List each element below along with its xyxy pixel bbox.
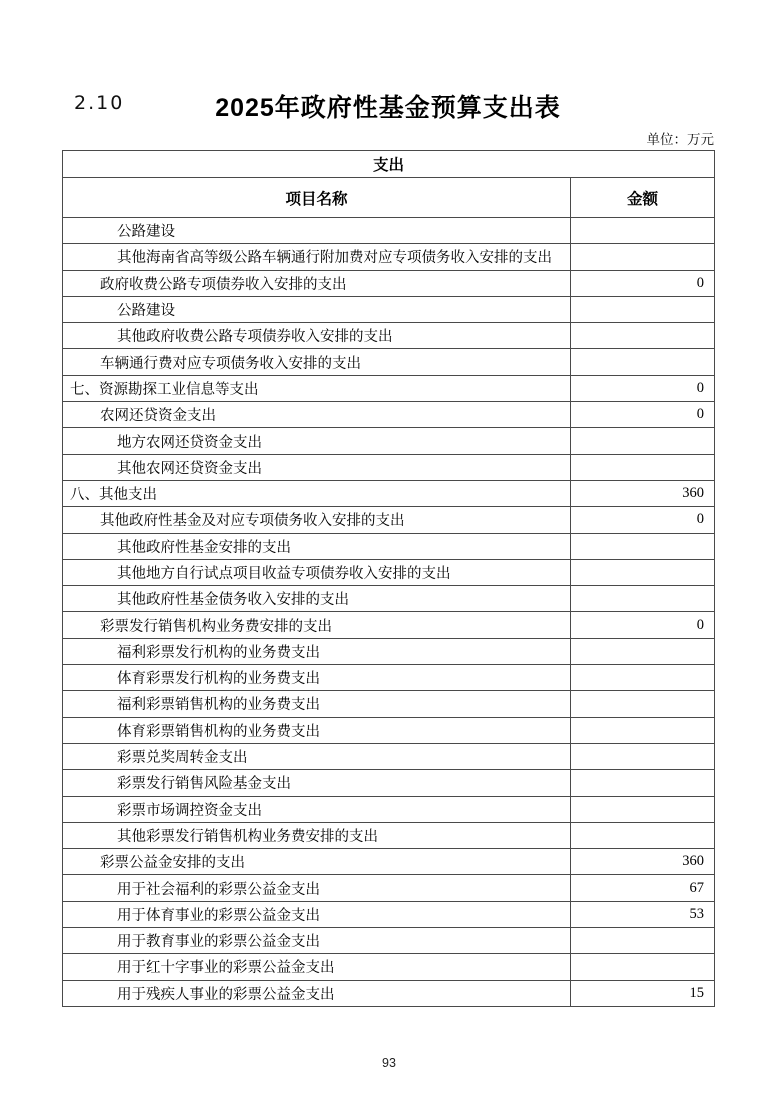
table-row: 七、资源勘探工业信息等支出0 — [63, 375, 715, 401]
table-row: 地方农网还贷资金支出 — [63, 428, 715, 454]
row-amount: 0 — [571, 612, 715, 638]
table-row: 体育彩票发行机构的业务费支出 — [63, 665, 715, 691]
row-amount: 360 — [571, 849, 715, 875]
table-row: 政府收费公路专项债券收入安排的支出0 — [63, 270, 715, 296]
row-amount: 15 — [571, 980, 715, 1006]
table-row: 用于体育事业的彩票公益金支出53 — [63, 901, 715, 927]
table-section-header-row: 支出 — [63, 151, 715, 178]
table-row: 农网还贷资金支出0 — [63, 402, 715, 428]
row-label: 其他政府性基金安排的支出 — [63, 533, 571, 559]
row-label: 其他政府性基金债务收入安排的支出 — [63, 586, 571, 612]
row-label: 福利彩票发行机构的业务费支出 — [63, 638, 571, 664]
row-label: 政府收费公路专项债券收入安排的支出 — [63, 270, 571, 296]
table-row: 用于红十字事业的彩票公益金支出 — [63, 954, 715, 980]
row-amount — [571, 533, 715, 559]
row-amount — [571, 665, 715, 691]
row-amount — [571, 717, 715, 743]
row-amount — [571, 218, 715, 244]
row-label: 福利彩票销售机构的业务费支出 — [63, 691, 571, 717]
table-row: 彩票市场调控资金支出 — [63, 796, 715, 822]
table-column-header-row: 项目名称 金额 — [63, 178, 715, 218]
row-amount — [571, 796, 715, 822]
unit-label: 单位：万元 — [647, 128, 715, 148]
row-label: 其他地方自行试点项目收益专项债券收入安排的支出 — [63, 559, 571, 585]
row-label: 地方农网还贷资金支出 — [63, 428, 571, 454]
table-row: 其他农网还贷资金支出 — [63, 454, 715, 480]
row-label: 体育彩票发行机构的业务费支出 — [63, 665, 571, 691]
column-header-amount: 金额 — [571, 178, 715, 218]
row-amount: 0 — [571, 402, 715, 428]
row-amount — [571, 428, 715, 454]
row-label: 彩票兑奖周转金支出 — [63, 743, 571, 769]
page-number: 93 — [0, 1056, 778, 1070]
row-amount — [571, 928, 715, 954]
table-body: 公路建设其他海南省高等级公路车辆通行附加费对应专项债务收入安排的支出政府收费公路… — [63, 218, 715, 1007]
budget-table: 支出 项目名称 金额 公路建设其他海南省高等级公路车辆通行附加费对应专项债务收入… — [62, 150, 715, 1007]
row-label: 农网还贷资金支出 — [63, 402, 571, 428]
row-label: 其他政府收费公路专项债券收入安排的支出 — [63, 323, 571, 349]
row-label: 彩票发行销售机构业务费安排的支出 — [63, 612, 571, 638]
row-amount — [571, 454, 715, 480]
row-amount — [571, 323, 715, 349]
row-amount: 67 — [571, 875, 715, 901]
table-row: 用于残疾人事业的彩票公益金支出15 — [63, 980, 715, 1006]
table-row: 彩票发行销售机构业务费安排的支出0 — [63, 612, 715, 638]
row-label: 车辆通行费对应专项债务收入安排的支出 — [63, 349, 571, 375]
row-label: 公路建设 — [63, 218, 571, 244]
table-row: 福利彩票销售机构的业务费支出 — [63, 691, 715, 717]
table-row: 八、其他支出360 — [63, 480, 715, 506]
table-row: 彩票兑奖周转金支出 — [63, 743, 715, 769]
row-amount — [571, 559, 715, 585]
row-amount — [571, 743, 715, 769]
table-row: 其他政府性基金安排的支出 — [63, 533, 715, 559]
row-amount: 360 — [571, 480, 715, 506]
table-row: 其他政府收费公路专项债券收入安排的支出 — [63, 323, 715, 349]
row-label: 用于红十字事业的彩票公益金支出 — [63, 954, 571, 980]
row-label: 八、其他支出 — [63, 480, 571, 506]
table-row: 用于社会福利的彩票公益金支出67 — [63, 875, 715, 901]
row-amount: 0 — [571, 270, 715, 296]
row-amount — [571, 349, 715, 375]
row-label: 其他彩票发行销售机构业务费安排的支出 — [63, 822, 571, 848]
row-amount: 53 — [571, 901, 715, 927]
table-row: 用于教育事业的彩票公益金支出 — [63, 928, 715, 954]
row-amount: 0 — [571, 507, 715, 533]
table-row: 其他海南省高等级公路车辆通行附加费对应专项债务收入安排的支出 — [63, 244, 715, 270]
row-label: 用于社会福利的彩票公益金支出 — [63, 875, 571, 901]
table-row: 彩票公益金安排的支出360 — [63, 849, 715, 875]
row-label: 其他农网还贷资金支出 — [63, 454, 571, 480]
table-row: 彩票发行销售风险基金支出 — [63, 770, 715, 796]
row-label: 用于体育事业的彩票公益金支出 — [63, 901, 571, 927]
table-section-header: 支出 — [63, 151, 715, 178]
row-amount: 0 — [571, 375, 715, 401]
row-amount — [571, 954, 715, 980]
row-amount — [571, 691, 715, 717]
row-label: 用于残疾人事业的彩票公益金支出 — [63, 980, 571, 1006]
table-row: 公路建设 — [63, 218, 715, 244]
table-row: 其他地方自行试点项目收益专项债券收入安排的支出 — [63, 559, 715, 585]
row-amount — [571, 586, 715, 612]
row-label: 体育彩票销售机构的业务费支出 — [63, 717, 571, 743]
row-amount — [571, 638, 715, 664]
table-row: 体育彩票销售机构的业务费支出 — [63, 717, 715, 743]
row-label: 其他海南省高等级公路车辆通行附加费对应专项债务收入安排的支出 — [63, 244, 571, 270]
row-label: 彩票市场调控资金支出 — [63, 796, 571, 822]
row-label: 七、资源勘探工业信息等支出 — [63, 375, 571, 401]
table-row: 其他彩票发行销售机构业务费安排的支出 — [63, 822, 715, 848]
table-row: 其他政府性基金及对应专项债务收入安排的支出0 — [63, 507, 715, 533]
document-page: 2.10 2025年政府性基金预算支出表 单位：万元 支出 项目名称 金额 公路… — [0, 0, 778, 1112]
row-label: 公路建设 — [63, 296, 571, 322]
row-amount — [571, 296, 715, 322]
table-row: 其他政府性基金债务收入安排的支出 — [63, 586, 715, 612]
table-row: 公路建设 — [63, 296, 715, 322]
row-label: 用于教育事业的彩票公益金支出 — [63, 928, 571, 954]
row-label: 其他政府性基金及对应专项债务收入安排的支出 — [63, 507, 571, 533]
table-header: 支出 项目名称 金额 — [63, 151, 715, 218]
table-row: 福利彩票发行机构的业务费支出 — [63, 638, 715, 664]
table-row: 车辆通行费对应专项债务收入安排的支出 — [63, 349, 715, 375]
row-amount — [571, 244, 715, 270]
row-label: 彩票发行销售风险基金支出 — [63, 770, 571, 796]
row-label: 彩票公益金安排的支出 — [63, 849, 571, 875]
page-title: 2025年政府性基金预算支出表 — [62, 88, 714, 124]
row-amount — [571, 822, 715, 848]
row-amount — [571, 770, 715, 796]
column-header-name: 项目名称 — [63, 178, 571, 218]
